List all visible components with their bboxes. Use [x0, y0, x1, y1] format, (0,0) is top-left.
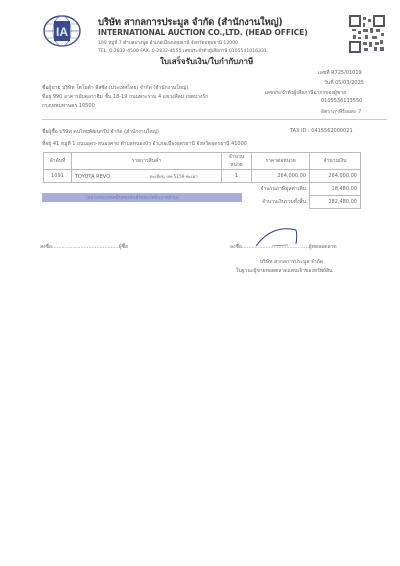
buyer-tax-id: TAX ID : 0415562000021 [290, 128, 353, 134]
row-unit-price: 264,000.00 [252, 170, 310, 183]
document-number: เลขที่ R725/01019 [318, 69, 362, 77]
table-header-row: ลำดับที่ รายการสินค้า จำนวนหน่วย ราคาต่อ… [44, 153, 361, 170]
company-address: 199 หมู่ที่ 7 ตำบลบางพูด อำเภอเมืองปทุมธ… [98, 40, 238, 47]
seller-tax-label: เลขประจำตัวผู้เสียภาษีอากรของผู้ขาย [265, 89, 346, 97]
buyer-address: ที่อยู่ 41 หมู่ที่ 1 ถนนอุดร-หนองคาย ตำบ… [42, 140, 247, 148]
globe-logo-icon: IA [42, 14, 82, 48]
row-item-cell: TOYOTA REVO ทะเบียน บพ-5159 พะเยา [72, 170, 222, 183]
header-qty: จำนวนหน่วย [222, 153, 252, 170]
buyer-signature-line: ลงชื่อ..................................… [40, 243, 128, 251]
buyer-name: ชื่อผู้ซื้อ บริษัท ดนไทยพัฒนกรุ๊ป จำกัด … [42, 128, 159, 136]
vat-rate: อัตราภาษีร้อยละ 7 [321, 108, 361, 116]
signatory-company: บริษัท สากลการประมูล จำกัด [260, 258, 323, 266]
seller-address-line1: ที่อยู่ 990 อาคารอับดุลราฮิม ชั้น 18-19 … [42, 93, 208, 101]
header-amount: จำนวนเงิน [310, 153, 361, 170]
row-plate: ทะเบียน บพ-5159 พะเยา [150, 175, 198, 180]
amount-in-words: (สองแสนแปดหมื่นสองพันสี่ร้อยแปดสิบบาทถ้ว… [86, 194, 179, 201]
document-title: ใบเสร็จรับเงิน/ใบกำกับภาษี [160, 55, 253, 68]
header-seq: ลำดับที่ [44, 153, 72, 170]
header-unit-price: ราคาต่อหน่วย [252, 153, 310, 170]
header-item: รายการสินค้า [72, 153, 222, 170]
row-qty: 1 [222, 170, 252, 183]
seller-name: ชื่อผู้ขาย บริษัท โตโยต้า ลีสซิ่ง (ประเท… [42, 84, 188, 92]
seller-tax-id: 0105536113550 [321, 98, 362, 104]
company-name-english: INTERNATIONAL AUCTION CO.,LTD. (HEAD OFF… [98, 28, 308, 37]
vat-amount: 18,480.00 [310, 183, 361, 196]
company-contact: TEL. 0-2832-4500 FAX. 0-2832-4555 เลขประ… [98, 48, 267, 55]
signatory-role: ในฐานะผู้ขายทอดตลาดแทนเจ้าของทรัพย์สิน [236, 267, 332, 275]
total-amount: 282,480.00 [310, 196, 361, 209]
svg-text:IA: IA [56, 25, 68, 39]
row-item: TOYOTA REVO [75, 174, 110, 180]
qr-code-icon [349, 15, 385, 53]
row-seq: 1091 [44, 170, 72, 183]
seller-address-line2: กรุงเทพมหานคร 10500 [42, 102, 95, 110]
auctioneer-signature-line: ลงชื่อ..................................… [230, 243, 337, 251]
row-amount: 264,000.00 [310, 170, 361, 183]
table-row: 1091 TOYOTA REVO ทะเบียน บพ-5159 พะเยา 1… [44, 170, 361, 183]
divider [42, 119, 387, 120]
document-date: วันที่ 05/03/2025 [324, 79, 364, 87]
